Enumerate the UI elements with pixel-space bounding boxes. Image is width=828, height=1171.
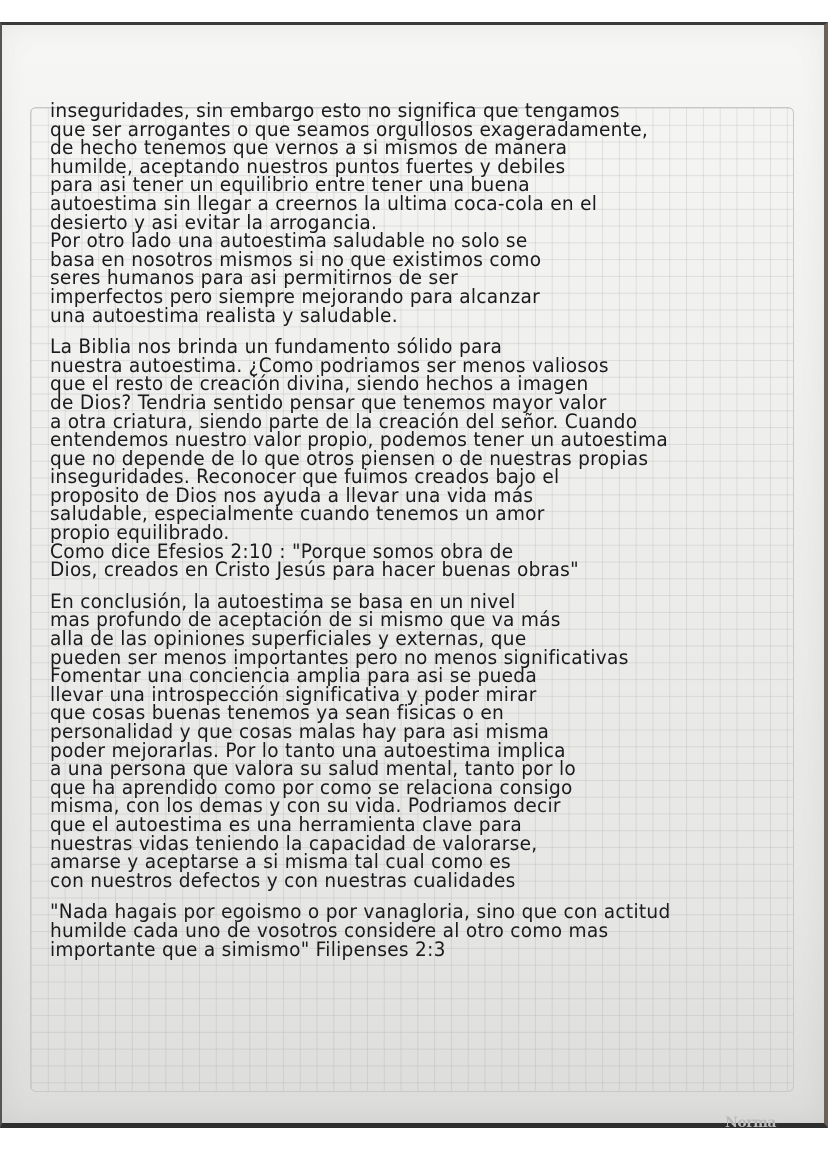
text-line: una autoestima realista y saludable. — [50, 307, 753, 326]
text-line: con nuestros defectos y con nuestras cua… — [50, 872, 753, 891]
paragraph: La Biblia nos brinda un fundamento sólid… — [50, 338, 753, 580]
paragraph: "Nada hagais por egoismo o por vanaglori… — [50, 903, 753, 959]
paragraph: En conclusión, la autoestima se basa en … — [50, 593, 753, 891]
text-line: importante que a simismo" Filipenses 2:3 — [50, 941, 753, 960]
notebook-brand-logo: Norma — [725, 1115, 776, 1131]
text-line: Dios, creados en Cristo Jesús para hacer… — [50, 561, 753, 580]
handwritten-text: inseguridades, sin embargo esto no signi… — [50, 102, 753, 972]
paragraph: inseguridades, sin embargo esto no signi… — [50, 102, 753, 325]
